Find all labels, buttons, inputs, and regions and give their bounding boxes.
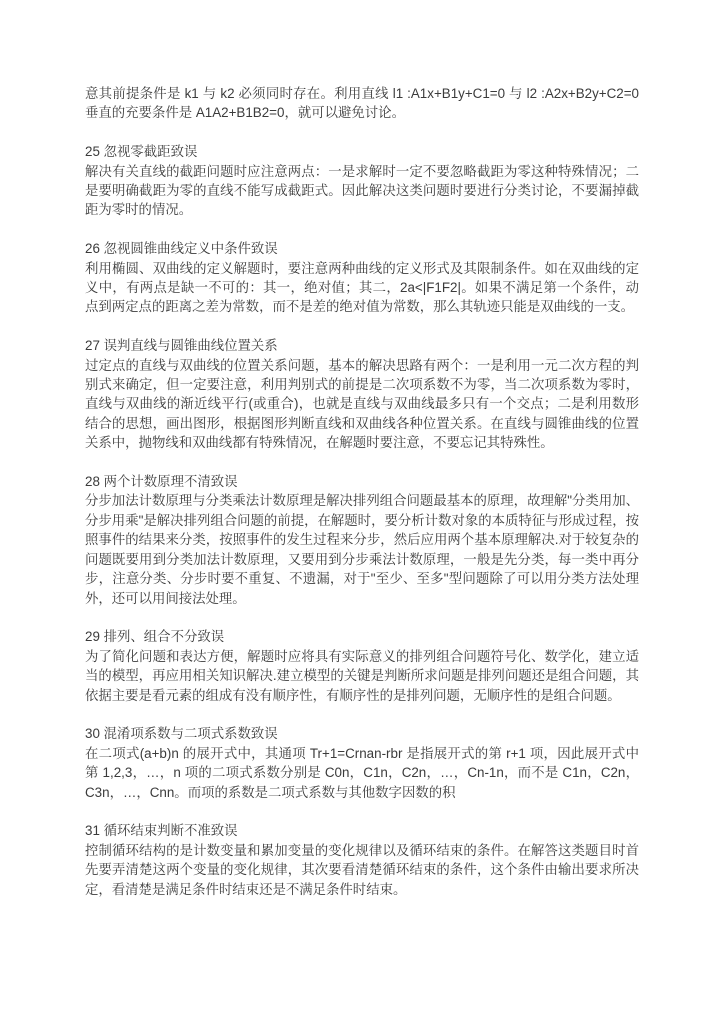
section-heading: 30 混淆项系数与二项式系数致误 — [85, 724, 639, 743]
section-body: 解决有关直线的截距问题时应注意两点：一是求解时一定不要忽略截距为零这种特殊情况；… — [85, 162, 639, 220]
section-body: 控制循环结构的是计数变量和累加变量的变化规律以及循环结束的条件。在解答这类题目时… — [85, 841, 639, 899]
section-heading: 27 误判直线与圆锥曲线位置关系 — [85, 336, 639, 355]
section-27: 27 误判直线与圆锥曲线位置关系 过定点的直线与双曲线的位置关系问题，基本的解决… — [85, 336, 639, 452]
section-31: 31 循环结束判断不准致误 控制循环结构的是计数变量和累加变量的变化规律以及循环… — [85, 821, 639, 899]
section-heading: 25 忽视零截距致误 — [85, 142, 639, 161]
section-body: 过定点的直线与双曲线的位置关系问题，基本的解决思路有两个：一是利用一元二次方程的… — [85, 356, 639, 453]
section-heading: 28 两个计数原理不清致误 — [85, 472, 639, 491]
section-28: 28 两个计数原理不清致误 分步加法计数原理与分类乘法计数原理是解决排列组合问题… — [85, 472, 639, 608]
intro-paragraph: 意其前提条件是 k1 与 k2 必须同时存在。利用直线 l1 :A1x+B1y+… — [85, 84, 639, 123]
section-29: 29 排列、组合不分致误 为了简化问题和表达方便，解题时应将具有实际意义的排列组… — [85, 627, 639, 705]
section-heading: 26 忽视圆锥曲线定义中条件致误 — [85, 239, 639, 258]
document-page: 意其前提条件是 k1 与 k2 必须同时存在。利用直线 l1 :A1x+B1y+… — [0, 0, 724, 1024]
section-body: 分步加法计数原理与分类乘法计数原理是解决排列组合问题最基本的原理，故理解"分类用… — [85, 491, 639, 607]
section-heading: 29 排列、组合不分致误 — [85, 627, 639, 646]
section-body: 为了简化问题和表达方便，解题时应将具有实际意义的排列组合问题符号化、数学化，建立… — [85, 647, 639, 705]
document-body: 意其前提条件是 k1 与 k2 必须同时存在。利用直线 l1 :A1x+B1y+… — [85, 84, 639, 899]
section-heading: 31 循环结束判断不准致误 — [85, 821, 639, 840]
section-body: 在二项式(a+b)n 的展开式中，其通项 Tr+1=Crnan-rbr 是指展开… — [85, 744, 639, 802]
section-body: 利用椭圆、双曲线的定义解题时，要注意两种曲线的定义形式及其限制条件。如在双曲线的… — [85, 259, 639, 317]
section-30: 30 混淆项系数与二项式系数致误 在二项式(a+b)n 的展开式中，其通项 Tr… — [85, 724, 639, 802]
section-26: 26 忽视圆锥曲线定义中条件致误 利用椭圆、双曲线的定义解题时，要注意两种曲线的… — [85, 239, 639, 317]
section-25: 25 忽视零截距致误 解决有关直线的截距问题时应注意两点：一是求解时一定不要忽略… — [85, 142, 639, 220]
